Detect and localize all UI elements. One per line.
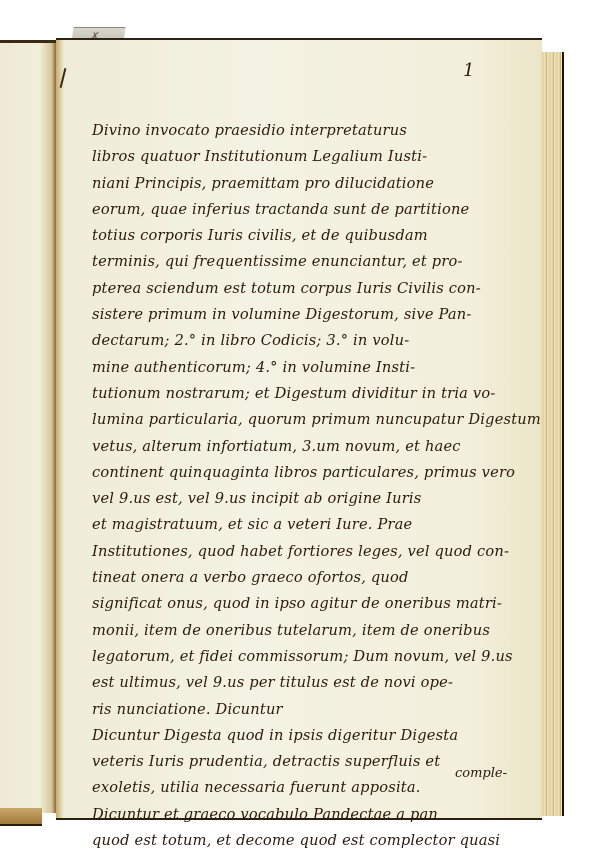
text-line: vel 9.us est, vel 9.us incipit ab origin… [92,486,532,512]
text-line: et magistratuum, et sic a veteri Iure. P… [92,512,532,538]
binding-edge [0,808,42,826]
text-line: niani Principis, praemittam pro dilucida… [92,171,532,197]
facing-page-left [0,40,56,813]
text-line: quod est totum, et decome quod est compl… [92,828,532,850]
page-stack-edge [540,52,564,816]
text-line: vetus, alterum infortiatum, 3.um novum, … [92,434,532,460]
text-line: legatorum, et fidei commissorum; Dum nov… [92,644,532,670]
text-line: Dicuntur et graeco vocabulo Pandectae a … [92,802,532,828]
text-line: terminis, qui frequentissime enunciantur… [92,249,532,275]
text-line: significat onus, quod in ipso agitur de … [92,591,532,617]
text-line: ris nunciatione. Dicuntur [92,697,532,723]
text-line: libros quatuor Institutionum Legalium Iu… [92,144,532,170]
manuscript-text: Divino invocato praesidio interpretaturu… [92,118,532,850]
text-line: Divino invocato praesidio interpretaturu… [92,118,532,144]
text-line: tineat onera a verbo graeco ofortos, quo… [92,565,532,591]
text-line: continent quinquaginta libros particular… [92,460,532,486]
text-line: sistere primum in volumine Digestorum, s… [92,302,532,328]
text-line: mine authenticorum; 4.° in volumine Inst… [92,355,532,381]
folio-number: 1 [463,60,474,81]
text-line: est ultimus, vel 9.us per titulus est de… [92,670,532,696]
text-line: dectarum; 2.° in libro Codicis; 3.° in v… [92,328,532,354]
text-line: monii, item de oneribus tutelarum, item … [92,618,532,644]
text-line: eorum, quae inferius tractanda sunt de p… [92,197,532,223]
text-line: totius corporis Iuris civilis, et de qui… [92,223,532,249]
text-line: lumina particularia, quorum primum nuncu… [92,407,532,433]
text-line: pterea sciendum est totum corpus Iuris C… [92,276,532,302]
text-line: Dicuntur Digesta quod in ipsis digeritur… [92,723,532,749]
text-line: Institutiones, quod habet fortiores lege… [92,539,532,565]
catchword: comple- [455,766,507,781]
text-line: tutionum nostrarum; et Digestum dividitu… [92,381,532,407]
